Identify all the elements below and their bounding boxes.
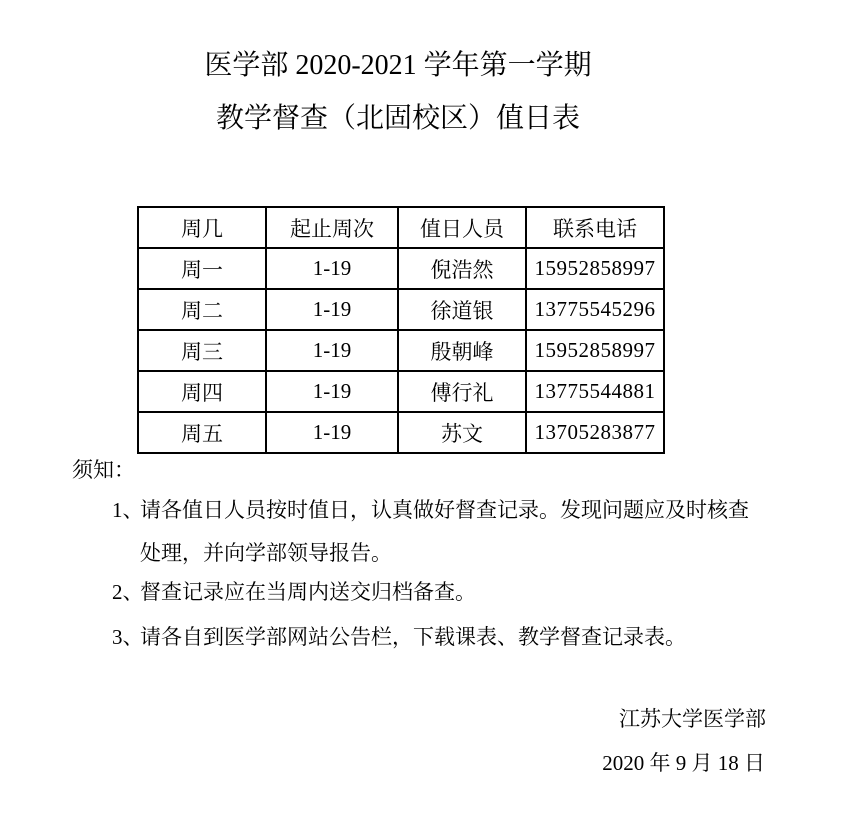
table-row: 周一 1-19 倪浩然 15952858997: [138, 248, 664, 289]
table-header-row: 周几 起止周次 值日人员 联系电话: [138, 207, 664, 248]
note-item-1-text: 请各值日人员按时值日，认真做好督查记录。发现问题应及时核查: [140, 498, 749, 522]
table-row: 周三 1-19 殷朝峰 15952858997: [138, 330, 664, 371]
document-date: 2020 年 9 月 18 日: [602, 747, 765, 777]
notes-label: 须知：: [72, 454, 135, 484]
duty-schedule-table: 周几 起止周次 值日人员 联系电话 周一 1-19 倪浩然 1595285899…: [137, 206, 665, 454]
document-page: 医学部 2020-2021 学年第一学期 教学督查（北固校区）值日表 周几 起止…: [0, 0, 856, 825]
cell-duty-person: 徐道银: [398, 289, 526, 330]
note-item-1-line-2: 处理，并向学部领导报告。: [140, 537, 392, 567]
cell-phone: 13775544881: [526, 371, 664, 412]
note-item-2-line-1: 2、督查记录应在当周内送交归档备查。: [112, 576, 476, 606]
cell-duty-person: 倪浩然: [398, 248, 526, 289]
note-item-3-line-1: 3、请各自到医学部网站公告栏，下载课表、教学督查记录表。: [112, 621, 686, 651]
cell-weekday: 周二: [138, 289, 266, 330]
header-duty-person: 值日人员: [398, 207, 526, 248]
table-row: 周五 1-19 苏文 13705283877: [138, 412, 664, 453]
table-row: 周二 1-19 徐道银 13775545296: [138, 289, 664, 330]
cell-week-range: 1-19: [266, 412, 398, 453]
header-week-range: 起止周次: [266, 207, 398, 248]
cell-weekday: 周五: [138, 412, 266, 453]
cell-phone: 13775545296: [526, 289, 664, 330]
cell-week-range: 1-19: [266, 371, 398, 412]
note-item-1-line-1: 1、请各值日人员按时值日，认真做好督查记录。发现问题应及时核查: [112, 494, 749, 524]
cell-week-range: 1-19: [266, 330, 398, 371]
cell-duty-person: 苏文: [398, 412, 526, 453]
signature-org: 江苏大学医学部: [619, 703, 766, 733]
document-title-line2: 教学督查（北固校区）值日表: [0, 103, 796, 135]
document-title-line1: 医学部 2020-2021 学年第一学期: [0, 50, 796, 82]
note-item-2-number: 2、: [112, 576, 140, 606]
cell-phone: 15952858997: [526, 248, 664, 289]
cell-phone: 15952858997: [526, 330, 664, 371]
cell-duty-person: 殷朝峰: [398, 330, 526, 371]
cell-week-range: 1-19: [266, 248, 398, 289]
cell-phone: 13705283877: [526, 412, 664, 453]
cell-weekday: 周一: [138, 248, 266, 289]
note-item-1-number: 1、: [112, 494, 140, 524]
header-weekday: 周几: [138, 207, 266, 248]
note-item-3-text: 请各自到医学部网站公告栏，下载课表、教学督查记录表。: [140, 625, 686, 649]
note-item-2-text: 督查记录应在当周内送交归档备查。: [140, 580, 476, 604]
cell-duty-person: 傅行礼: [398, 371, 526, 412]
cell-weekday: 周三: [138, 330, 266, 371]
table-row: 周四 1-19 傅行礼 13775544881: [138, 371, 664, 412]
cell-weekday: 周四: [138, 371, 266, 412]
note-item-3-number: 3、: [112, 621, 140, 651]
cell-week-range: 1-19: [266, 289, 398, 330]
header-phone: 联系电话: [526, 207, 664, 248]
